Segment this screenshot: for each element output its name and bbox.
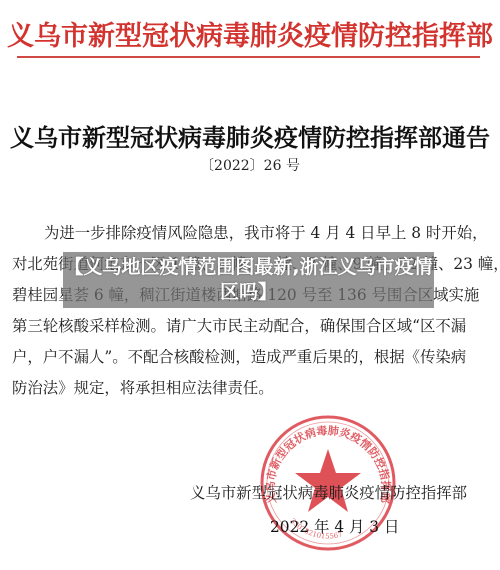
- letterhead-title: 义乌市新型冠状病毒肺炎疫情防控指挥部: [0, 14, 500, 53]
- notice-body: 为进一步排除疫情风险隐患，我市将于 4 月 4 日早上 8 时开始， 对北苑街道…: [12, 218, 490, 404]
- document-number: 〔2022〕26 号: [0, 155, 500, 175]
- body-line: 防治法》规定，将承担相应法律责任。: [12, 373, 490, 404]
- notice-date: 2022 年 4 月 3 日: [270, 515, 399, 537]
- notice-title: 义乌市新型冠状病毒肺炎疫情防控指挥部通告: [0, 118, 500, 153]
- letterhead-divider: [17, 56, 480, 58]
- body-line: 为进一步排除疫情风险隐患，我市将于 4 月 4 日早上 8 时开始，: [12, 218, 490, 249]
- signature: 义乌市新型冠状病毒肺炎疫情防控指挥部: [190, 481, 480, 503]
- body-line: 第三轮核酸采样检测。请广大市民主动配合，确保围合区域“区不漏: [12, 311, 490, 342]
- caption-text: 【义乌地区疫情范围图最新,浙江义乌市疫情区吗】: [63, 255, 434, 305]
- body-line: 户，户不漏人”。不配合核酸检测，造成严重后果的，根据《传染病: [12, 342, 490, 373]
